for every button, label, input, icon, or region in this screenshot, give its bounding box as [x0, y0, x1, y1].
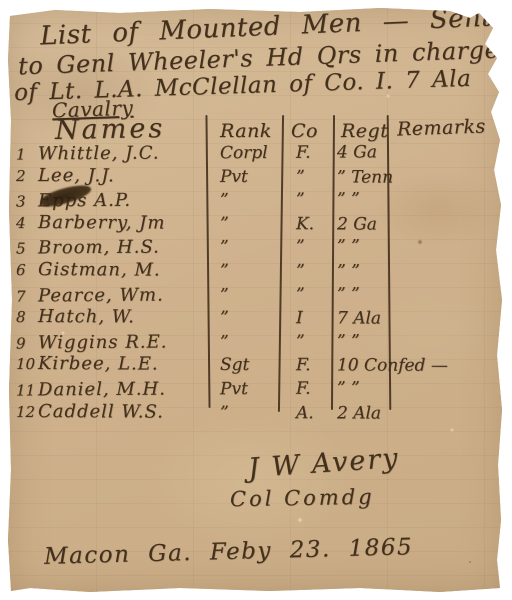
- cell-rank: ”: [206, 190, 280, 210]
- cell-rank: Corpl: [206, 143, 280, 163]
- cell-co: ”: [280, 190, 331, 210]
- cell-co: F.: [280, 378, 331, 398]
- cell-rank: Sgt: [206, 355, 280, 375]
- cell-rank: ”: [206, 331, 280, 351]
- cell-co: ”: [280, 166, 331, 186]
- column-header-regt: Regt: [341, 120, 388, 142]
- cell-regt: ” ”: [331, 378, 389, 398]
- cell-name: Kirbee, L.E.: [38, 354, 206, 376]
- cell-rank: Pvt: [206, 379, 280, 399]
- signature-name: J W Avery: [247, 443, 400, 484]
- cell-no: 10: [16, 355, 38, 373]
- cell-remarks: [389, 293, 500, 294]
- cell-no: 6: [16, 261, 38, 279]
- cell-name: Lee, J.J.: [38, 165, 206, 187]
- cell-name: Pearce, Wm.: [38, 284, 206, 306]
- scan-stage: List of Mounted Men — Sent to Genl Wheel…: [0, 0, 512, 600]
- cell-no: 4: [16, 214, 38, 232]
- cell-regt: ” ”: [331, 261, 389, 281]
- cell-name: Whittle, J.C.: [38, 143, 206, 165]
- table-row: 11Daniel, M.H.PvtF.” ”: [16, 375, 500, 402]
- cell-no: 2: [16, 166, 38, 184]
- cell-co: I: [280, 308, 331, 328]
- cell-no: 3: [16, 192, 38, 210]
- cell-rank: ”: [206, 284, 280, 304]
- cell-regt: ” ”: [331, 189, 389, 209]
- cell-rank: ”: [206, 213, 280, 233]
- cell-rank: ”: [206, 261, 280, 281]
- cell-remarks: [389, 199, 500, 200]
- cell-co: F.: [280, 142, 331, 162]
- cell-regt: 2 Ga: [331, 214, 389, 234]
- cell-name: Wiggins R.E.: [38, 331, 206, 353]
- table-row: 9Wiggins R.E.””” ”: [16, 328, 500, 355]
- cell-regt: ” ”: [331, 331, 389, 351]
- table-row: 7Pearce, Wm.””” ”: [16, 281, 500, 308]
- cell-remarks: [389, 151, 500, 152]
- table-row: 12Caddell W.S.”A.2 Ala: [16, 399, 500, 425]
- table-row: 10Kirbee, L.E.SgtF.10 Confed —: [16, 352, 500, 378]
- cell-name: Caddell W.S.: [38, 401, 206, 423]
- dateline: Macon Ga. Feby 23. 1865: [44, 534, 414, 570]
- cell-name: Hatch, W.: [38, 306, 206, 328]
- cell-co: ”: [280, 237, 331, 257]
- cell-co: F.: [280, 355, 331, 375]
- cell-no: 9: [16, 334, 38, 352]
- cell-remarks: [389, 340, 500, 341]
- cell-regt: 7 Ala: [331, 308, 389, 328]
- table-row: 8Hatch, W.”I7 Ala: [16, 305, 500, 331]
- cell-no: 12: [16, 402, 38, 420]
- table-row: 1Whittle, J.C.CorplF.4 Ga: [16, 140, 500, 167]
- cell-rank: ”: [206, 402, 280, 422]
- cell-rank: ”: [206, 237, 280, 257]
- cell-co: A.: [280, 402, 331, 422]
- column-header-co: Co: [291, 120, 318, 142]
- cell-co: K.: [280, 214, 331, 234]
- cell-remarks: [389, 246, 500, 247]
- cell-regt: 2 Ala: [331, 403, 389, 423]
- cell-name: Daniel, M.H.: [38, 379, 206, 401]
- cell-co: ”: [280, 261, 331, 281]
- cell-regt: ” ”: [331, 236, 389, 256]
- column-header-rank: Rank: [220, 120, 272, 142]
- table-rows: 1Whittle, J.C.CorplF.4 Ga2Lee, J.J.Pvt””…: [16, 141, 500, 424]
- cell-regt: 10 Confed —: [331, 355, 389, 375]
- table-row: 5Broom, H.S.””” ”: [16, 234, 500, 261]
- paper-sheet: List of Mounted Men — Sent to Genl Wheel…: [0, 0, 512, 600]
- cell-name: Gistman, M.: [38, 259, 206, 281]
- table-row: 6Gistman, M.””” ”: [16, 258, 500, 284]
- cell-rank: ”: [206, 308, 280, 328]
- cell-co: ”: [280, 284, 331, 304]
- cell-name: Barberry, Jm: [38, 212, 206, 234]
- cell-remarks: [389, 387, 500, 388]
- cell-regt: ” ”: [331, 284, 389, 304]
- cell-rank: Pvt: [206, 166, 280, 186]
- column-header-remarks: Remarks: [397, 115, 486, 140]
- cell-no: 11: [16, 381, 38, 399]
- cell-no: 1: [16, 145, 38, 163]
- cell-regt: ” Tenn: [331, 167, 389, 187]
- cell-regt: 4 Ga: [331, 142, 389, 162]
- cell-co: ”: [280, 331, 331, 351]
- cell-no: 7: [16, 287, 38, 305]
- cell-name: Broom, H.S.: [38, 237, 206, 259]
- cell-no: 5: [16, 240, 38, 258]
- table-row: 4Barberry, Jm”K.2 Ga: [16, 211, 500, 237]
- signature-title: Col Comdg: [230, 485, 375, 512]
- cell-no: 8: [16, 308, 38, 326]
